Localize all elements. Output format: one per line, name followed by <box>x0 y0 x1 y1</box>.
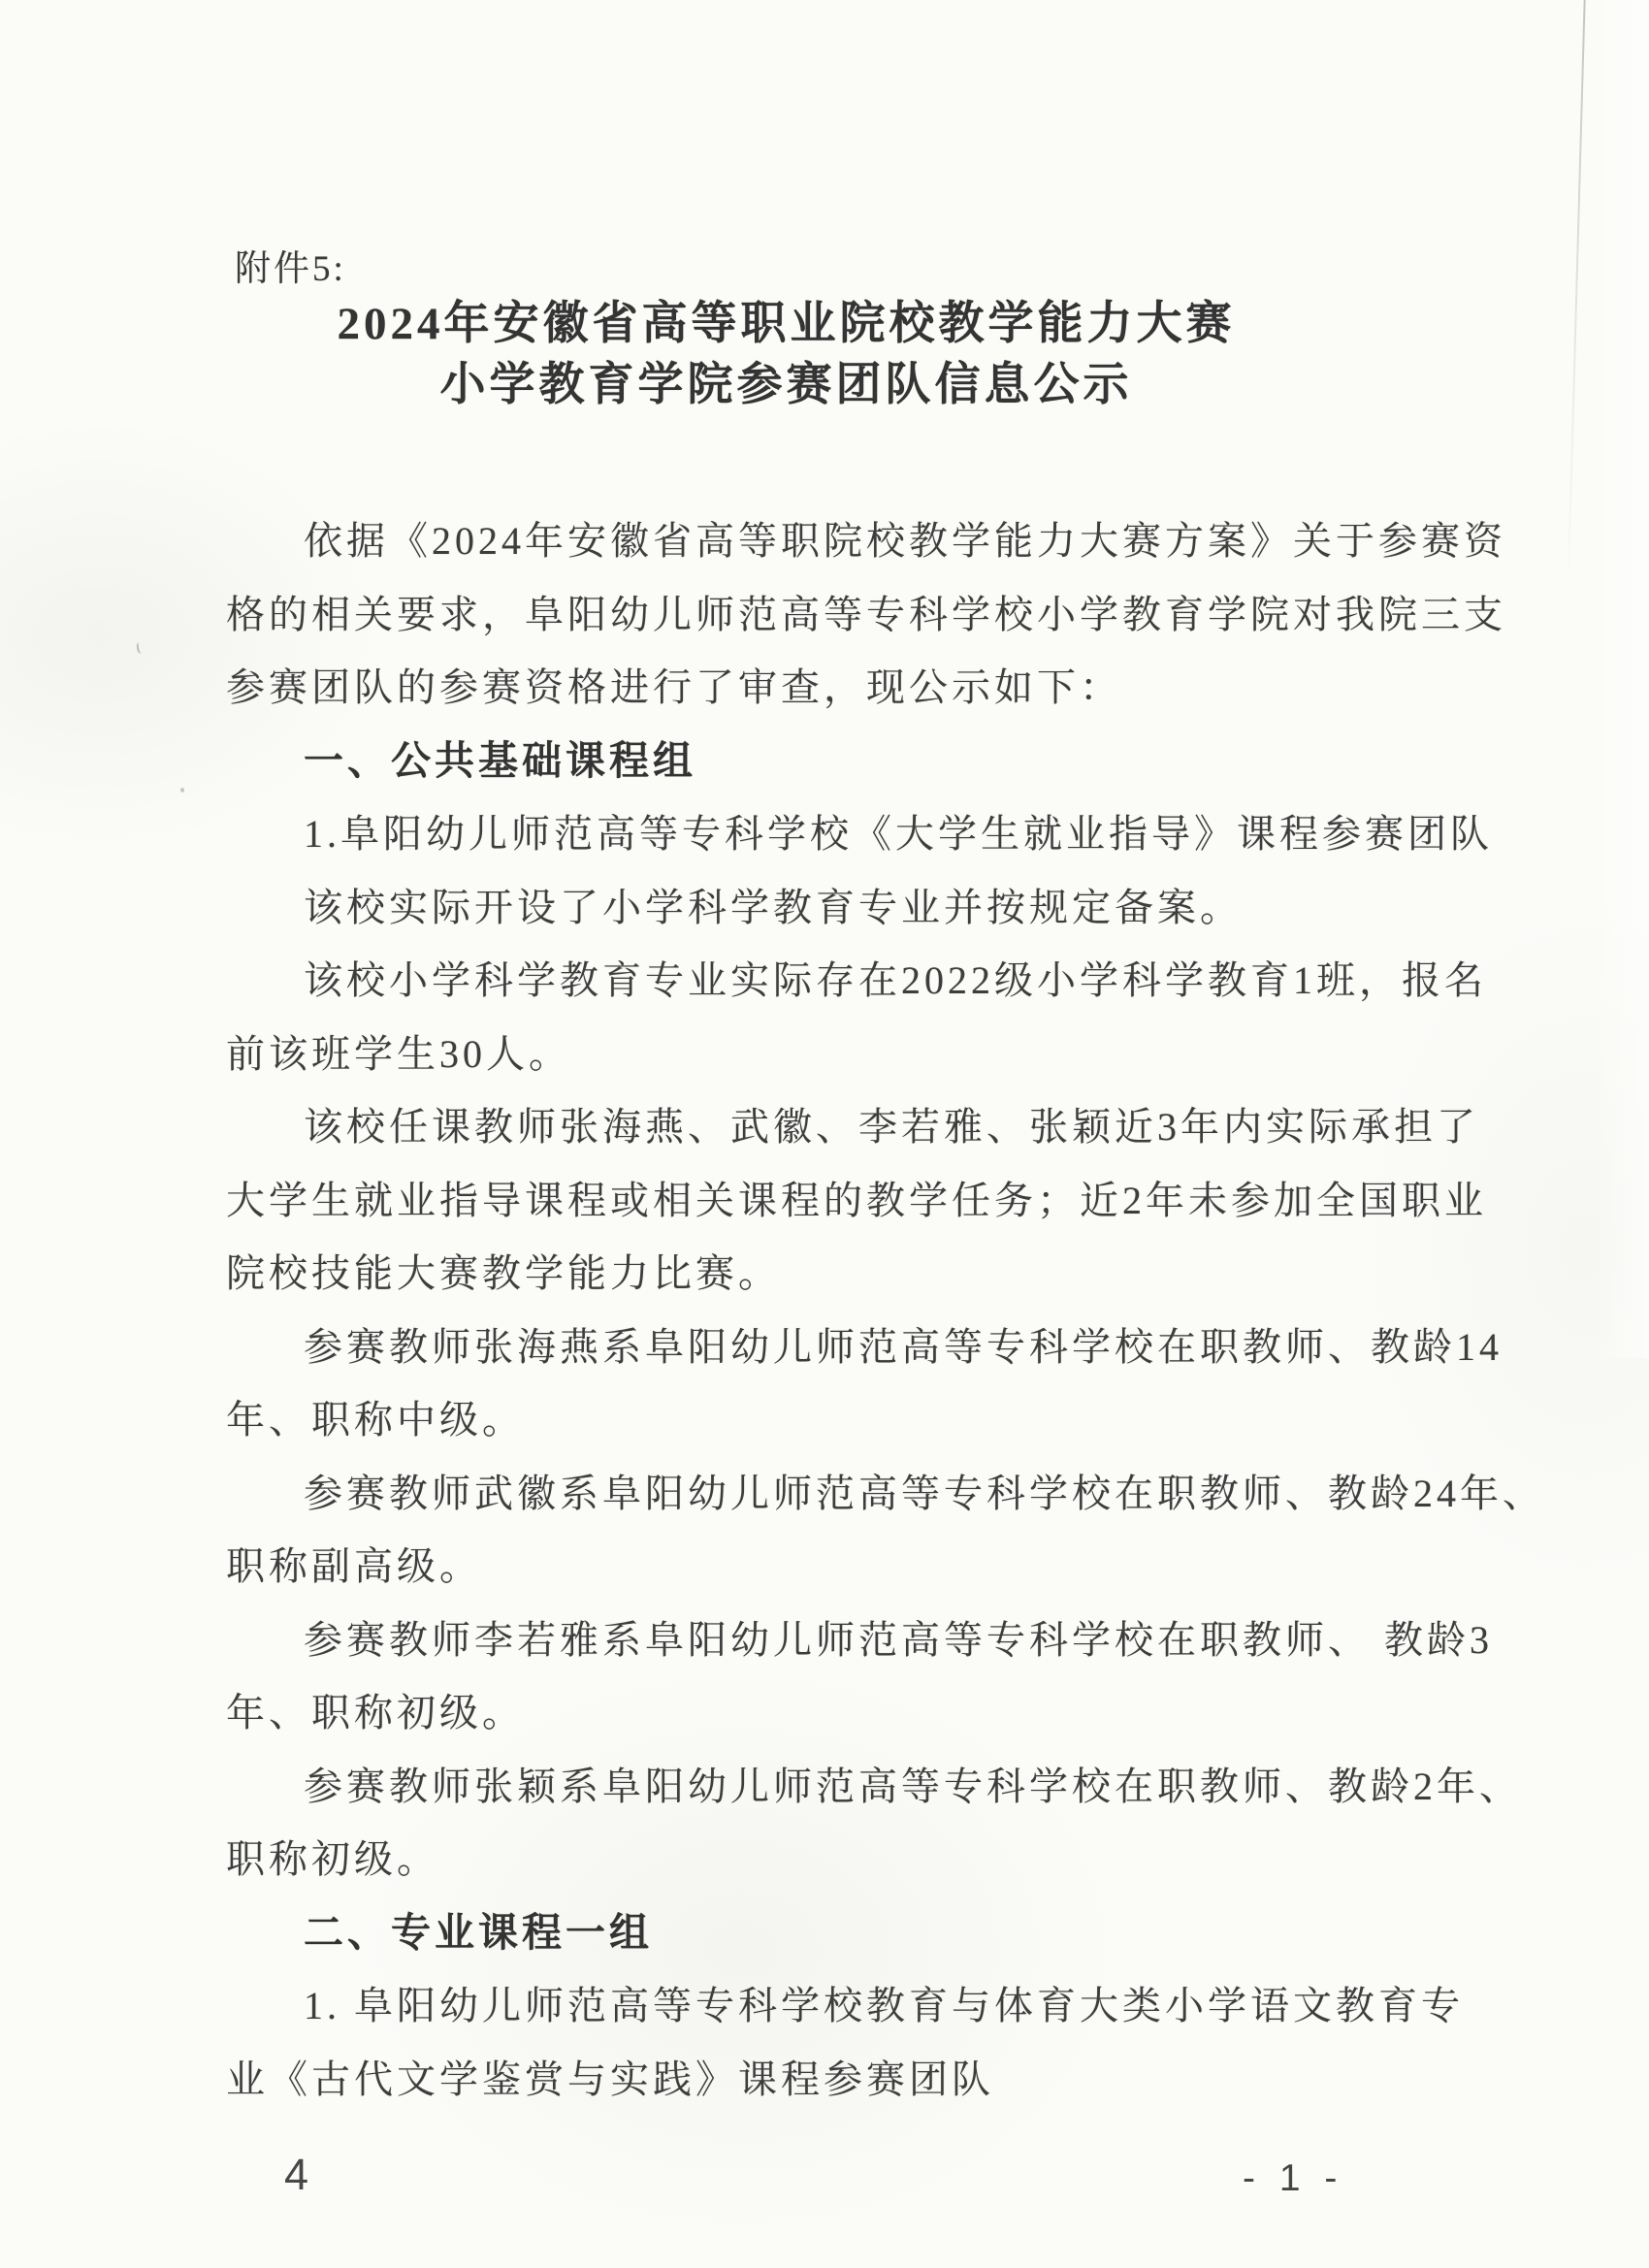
body-line: 1. 阜阳幼儿师范高等专科学校教育与体育大类小学语文教育专 <box>226 1969 1349 2043</box>
body-line: 依据《2024年安徽省高等职院校教学能力大赛方案》关于参赛资 <box>226 504 1349 578</box>
body-line: 该校小学科学教育专业实际存在2022级小学科学教育1班，报名 <box>226 944 1349 1018</box>
attachment-label: 附件5: <box>235 239 346 291</box>
body-line: 职称副高级。 <box>226 1530 1349 1604</box>
document-title: 2024年安徽省高等职业院校教学能力大赛 小学教育学院参赛团队信息公示 <box>226 294 1346 416</box>
body-line: 大学生就业指导课程或相关课程的教学任务；近2年未参加全国职业 <box>226 1164 1349 1238</box>
body-line: 格的相关要求，阜阳幼儿师范高等专科学校小学教育学院对我院三支 <box>226 578 1349 652</box>
section-heading: 二、专业课程一组 <box>226 1896 1349 1970</box>
body-line: 院校技能大赛教学能力比赛。 <box>226 1237 1349 1311</box>
body-line: 参赛团队的参赛资格进行了审查，现公示如下： <box>226 651 1349 725</box>
page-edge-line <box>1568 0 1586 590</box>
body-line: 该校任课教师张海燕、武徽、李若雅、张颖近3年内实际承担了 <box>226 1090 1349 1164</box>
scan-speck <box>180 788 184 793</box>
body-line: 该校实际开设了小学科学教育专业并按规定备案。 <box>226 871 1349 945</box>
body-line: 年、职称初级。 <box>226 1676 1349 1750</box>
body-line: 1.阜阳幼儿师范高等专科学校《大学生就业指导》课程参赛团队 <box>226 797 1349 871</box>
document-title-line1: 2024年安徽省高等职业院校教学能力大赛 <box>226 294 1346 355</box>
document-body: 依据《2024年安徽省高等职院校教学能力大赛方案》关于参赛资 格的相关要求，阜阳… <box>226 504 1349 2116</box>
page-number-right: - 1 - <box>1243 2157 1343 2200</box>
body-line: 参赛教师武徽系阜阳幼儿师范高等专科学校在职教师、教龄24年、 <box>226 1457 1349 1531</box>
body-line: 参赛教师张海燕系阜阳幼儿师范高等专科学校在职教师、教龄14 <box>226 1311 1349 1384</box>
page-number-left: 4 <box>284 2150 308 2200</box>
body-line: 年、职称中级。 <box>226 1383 1349 1457</box>
scanned-document-page: 附件5: 2024年安徽省高等职业院校教学能力大赛 小学教育学院参赛团队信息公示… <box>0 0 1649 2268</box>
section-heading: 一、公共基础课程组 <box>226 725 1349 798</box>
document-title-line2: 小学教育学院参赛团队信息公示 <box>226 355 1346 416</box>
body-line: 参赛教师张颖系阜阳幼儿师范高等专科学校在职教师、教龄2年、 <box>226 1750 1349 1824</box>
scan-speck <box>136 641 145 654</box>
body-line: 前该班学生30人。 <box>226 1018 1349 1091</box>
page-edge-highlight <box>1593 0 1649 1358</box>
body-line: 职称初级。 <box>226 1823 1349 1896</box>
body-line: 参赛教师李若雅系阜阳幼儿师范高等专科学校在职教师、 教龄3 <box>226 1604 1349 1677</box>
body-line: 业《古代文学鉴赏与实践》课程参赛团队 <box>226 2043 1349 2117</box>
